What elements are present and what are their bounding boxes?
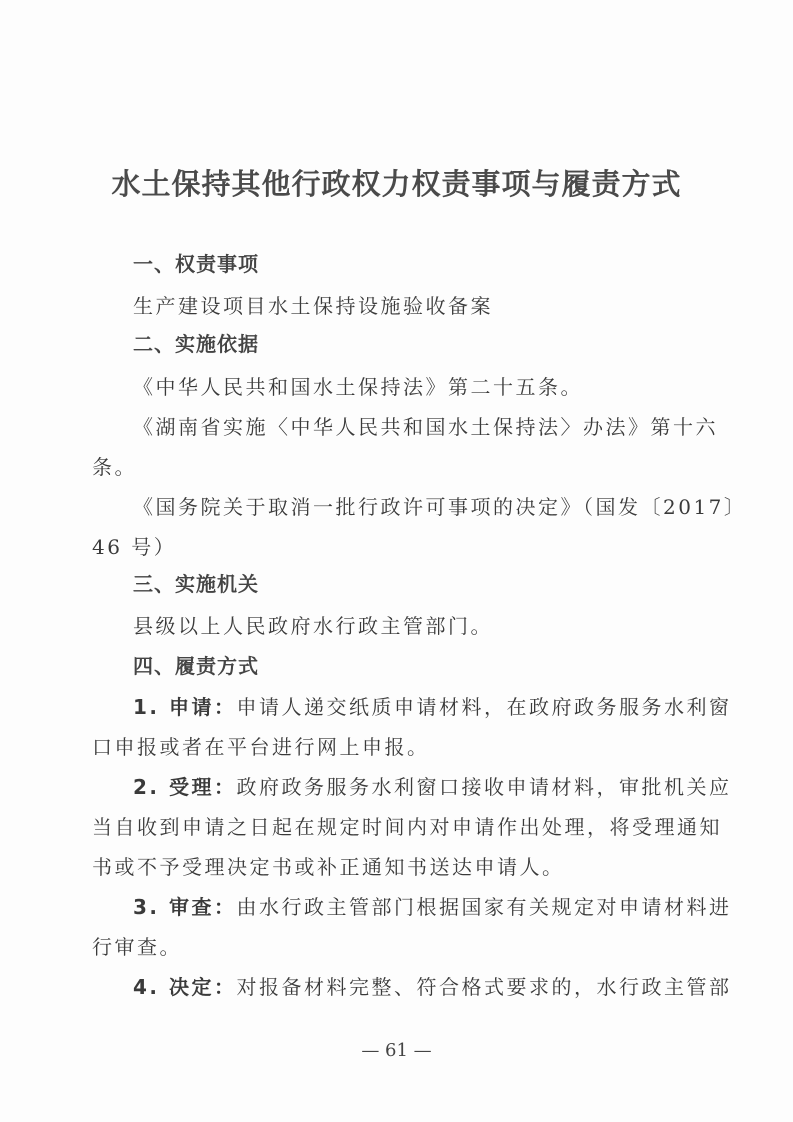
- item-1-label: 1. 申请：: [133, 695, 236, 719]
- item-1-line-2: 口申报或者在平台进行网上申报。: [92, 733, 430, 761]
- section-3-text: 县级以上人民政府水行政主管部门。: [133, 612, 493, 640]
- section-heading-1: 一、权责事项: [133, 250, 259, 278]
- basis-line-4: 《国务院关于取消一批行政许可事项的决定》（国发〔2017〕: [133, 493, 746, 521]
- item-3-line-2: 行审查。: [92, 933, 182, 961]
- item-4-line-1: 4. 决定：对报备材料完整、符合格式要求的，水行政主管部: [133, 973, 731, 1001]
- item-3-line-1: 3. 审查：由水行政主管部门根据国家有关规定对申请材料进: [133, 893, 731, 921]
- section-heading-3: 三、实施机关: [133, 570, 259, 598]
- section-heading-2: 二、实施依据: [133, 330, 259, 358]
- basis-line-2: 《湖南省实施〈中华人民共和国水土保持法〉办法》第十六: [133, 413, 718, 441]
- item-2-text: 政府政务服务水利窗口接收申请材料，审批机关应: [236, 775, 731, 799]
- item-2-line-1: 2. 受理：政府政务服务水利窗口接收申请材料，审批机关应: [133, 773, 731, 801]
- section-1-text: 生产建设项目水土保持设施验收备案: [133, 292, 493, 320]
- document-page: 水土保持其他行政权力权责事项与履责方式 一、权责事项 生产建设项目水土保持设施验…: [0, 0, 793, 1122]
- section-heading-4: 四、履责方式: [133, 652, 259, 680]
- item-1-text: 申请人递交纸质申请材料，在政府政务服务水利窗: [236, 695, 731, 719]
- item-2-line-3: 书或不予受理决定书或补正通知书送达申请人。: [92, 853, 565, 881]
- document-title: 水土保持其他行政权力权责事项与履责方式: [0, 162, 793, 203]
- item-1-line-1: 1. 申请：申请人递交纸质申请材料，在政府政务服务水利窗: [133, 693, 731, 721]
- item-4-text: 对报备材料完整、符合格式要求的，水行政主管部: [236, 975, 731, 999]
- basis-line-5: 46 号）: [92, 533, 176, 561]
- item-3-text: 由水行政主管部门根据国家有关规定对申请材料进: [236, 895, 731, 919]
- item-2-line-2: 当自收到申请之日起在规定时间内对申请作出处理，将受理通知: [92, 813, 722, 841]
- item-2-label: 2. 受理：: [133, 775, 236, 799]
- page-number: — 61 —: [0, 1040, 793, 1061]
- basis-line-1: 《中华人民共和国水土保持法》第二十五条。: [133, 373, 583, 401]
- item-3-label: 3. 审查：: [133, 895, 236, 919]
- basis-line-3: 条。: [92, 453, 137, 481]
- item-4-label: 4. 决定：: [133, 975, 236, 999]
